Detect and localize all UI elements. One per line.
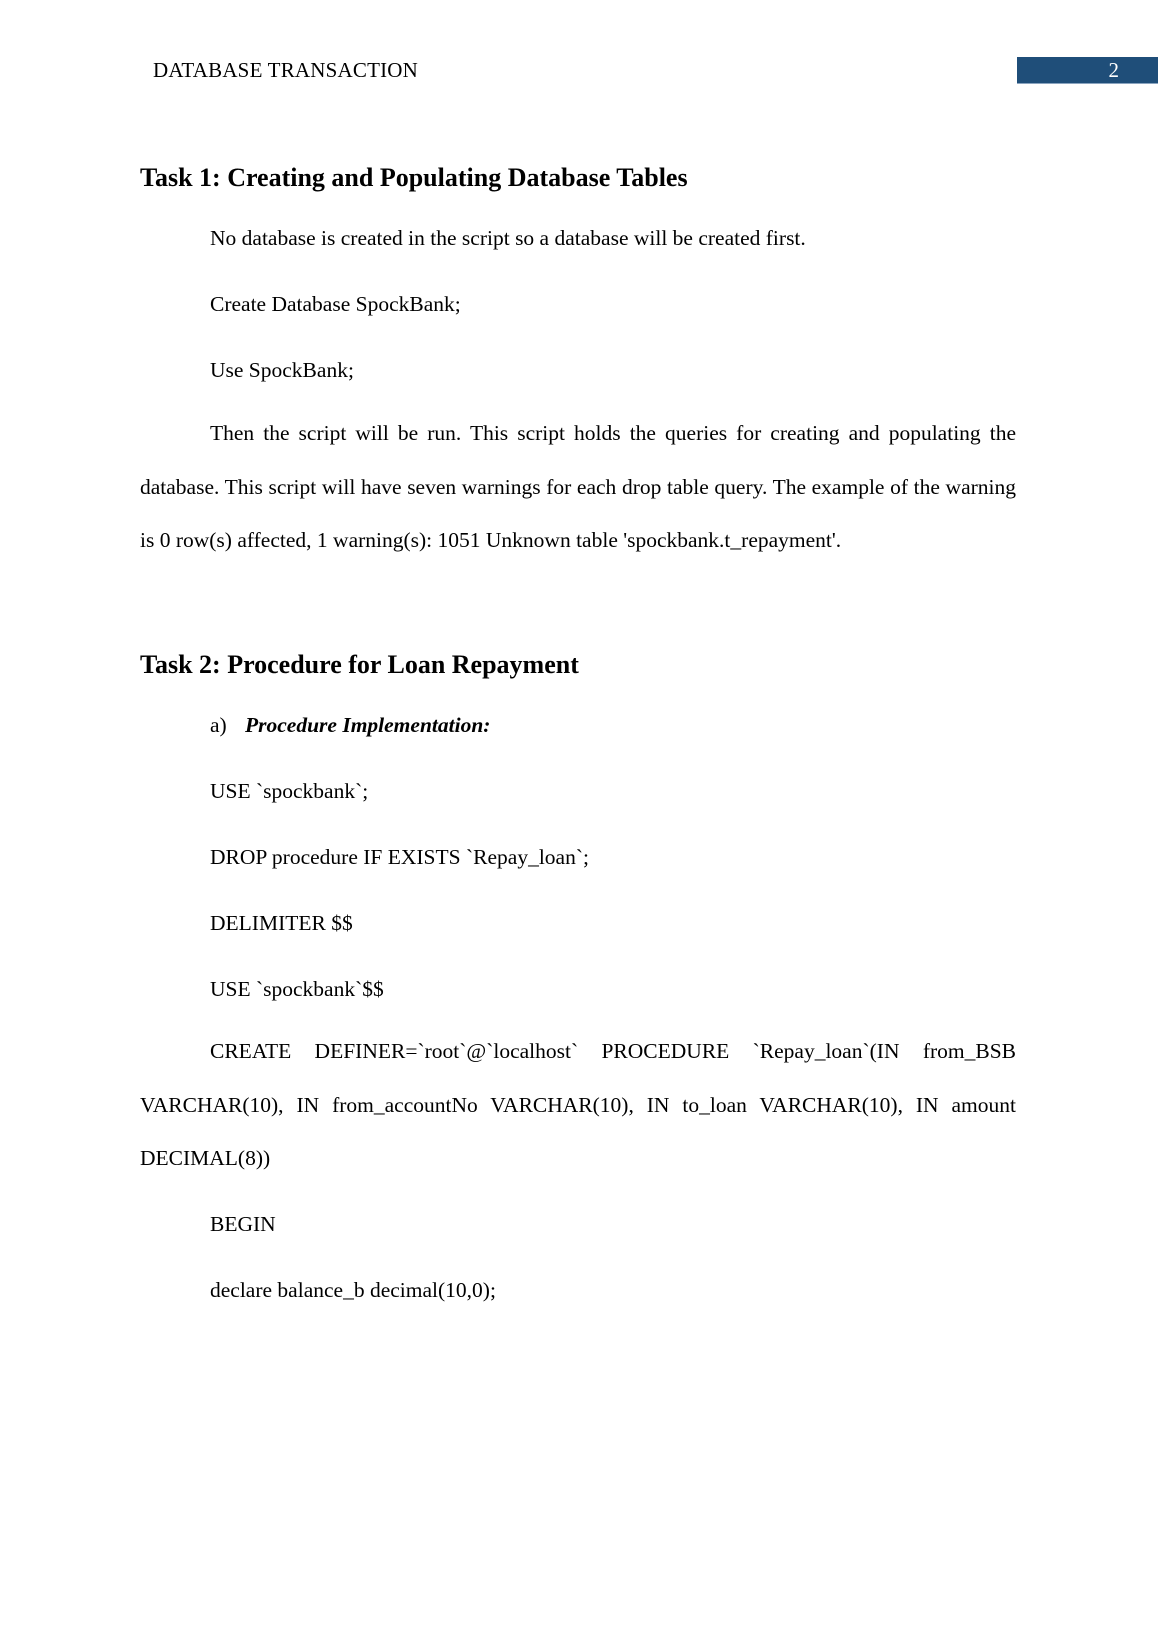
- task1-paragraph: Then the script will be run. This script…: [140, 407, 1016, 568]
- subsection-item: a)Procedure Implementation:: [210, 713, 490, 737]
- code-create-procedure: CREATE DEFINER=`root`@`localhost` PROCED…: [140, 1025, 1016, 1186]
- subsection-label: Procedure Implementation:: [245, 713, 490, 737]
- code-line-drop-procedure: DROP procedure IF EXISTS `Repay_loan`;: [210, 845, 589, 869]
- code-line-use: USE `spockbank`;: [210, 779, 368, 803]
- task1-intro: No database is created in the script so …: [210, 226, 806, 250]
- task2-heading: Task 2: Procedure for Loan Repayment: [140, 649, 579, 681]
- task1-heading: Task 1: Creating and Populating Database…: [140, 162, 688, 194]
- code-line-delimiter: DELIMITER $$: [210, 911, 353, 935]
- page-number-box: 2: [1017, 57, 1158, 84]
- list-marker: a): [210, 713, 245, 737]
- code-line-use-database: Use SpockBank;: [210, 358, 354, 382]
- code-line-begin: BEGIN: [210, 1212, 276, 1236]
- running-header-title: DATABASE TRANSACTION: [153, 57, 418, 83]
- code-line-create-database: Create Database SpockBank;: [210, 292, 461, 316]
- code-line-declare: declare balance_b decimal(10,0);: [210, 1278, 496, 1302]
- code-line-use-delimited: USE `spockbank`$$: [210, 977, 384, 1001]
- page-number: 2: [1109, 57, 1120, 83]
